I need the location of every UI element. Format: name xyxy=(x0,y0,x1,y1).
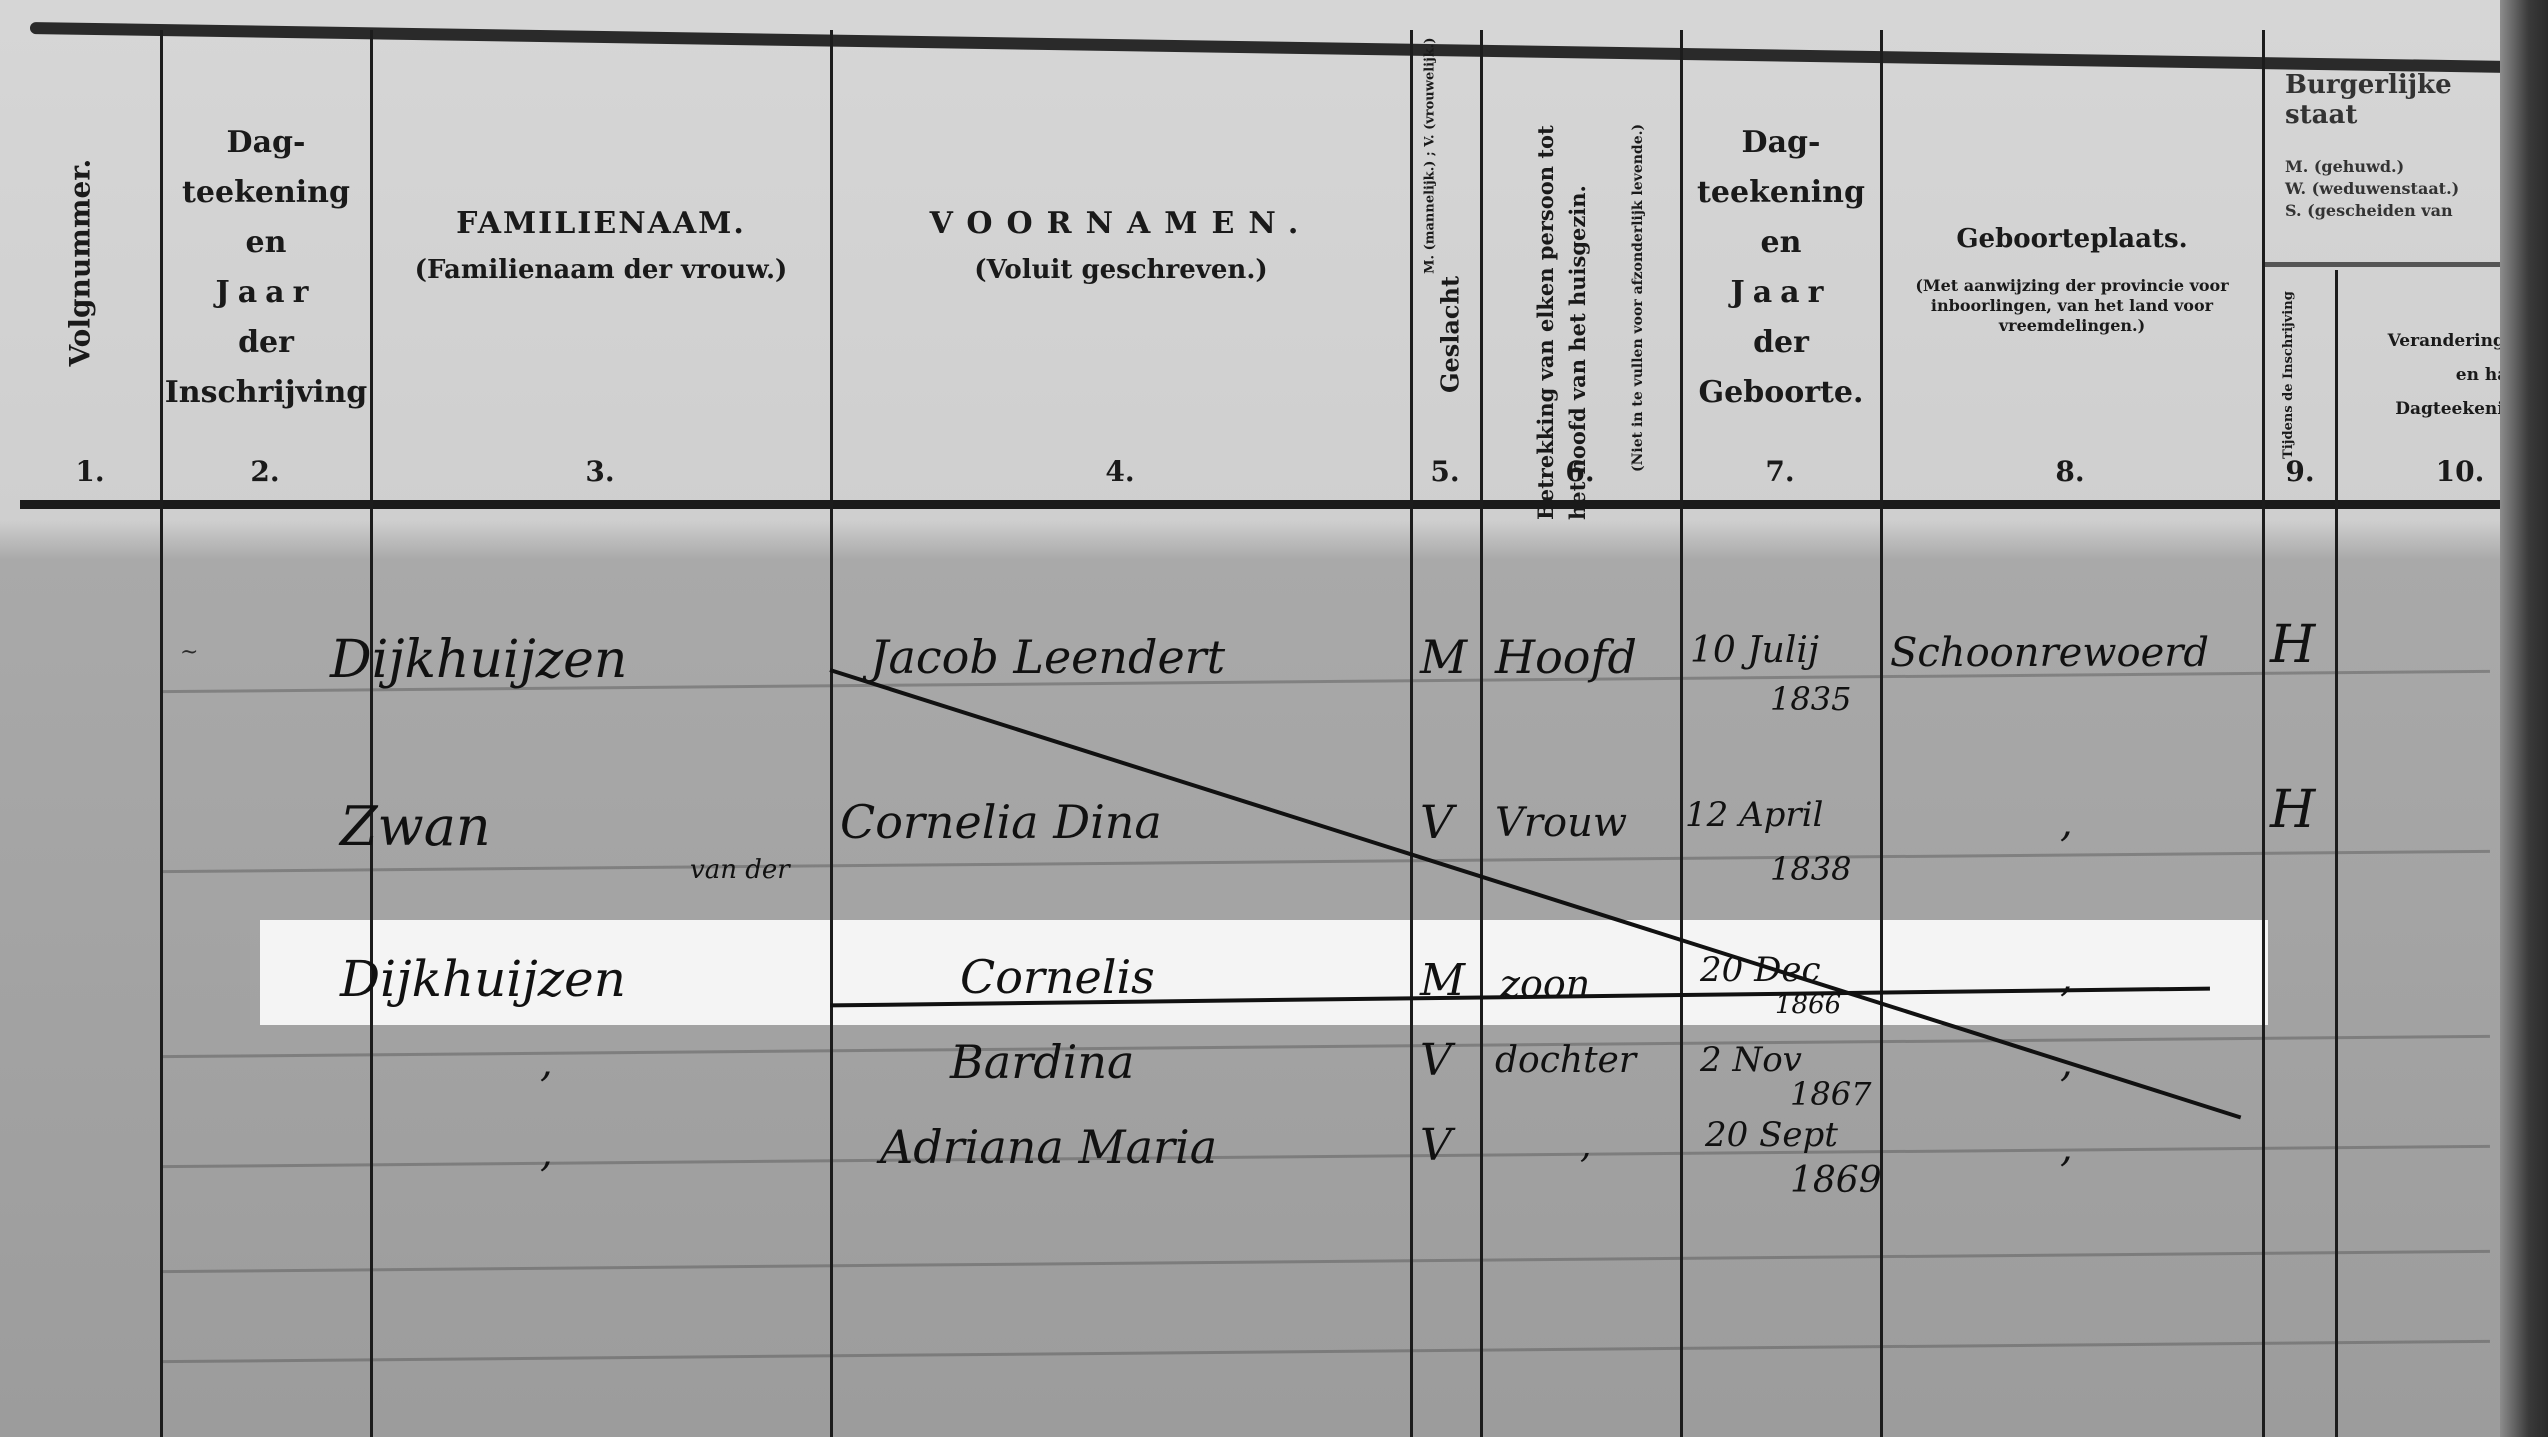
cell-geslacht: V xyxy=(1420,1120,1452,1171)
cell-geslacht: V xyxy=(1420,1035,1452,1086)
colnum-4: 4. xyxy=(1090,455,1150,488)
cell-voornamen: Adriana Maria xyxy=(880,1120,1217,1174)
ruled-line xyxy=(160,850,2490,873)
header-subtitle: (Familienaam der vrouw.) xyxy=(415,255,788,285)
ruled-line xyxy=(160,1250,2490,1273)
header-betrekking: Betrekking van elken persoon tot het hoo… xyxy=(1530,80,1630,520)
colnum-10: 10. xyxy=(2425,455,2495,488)
header-line: teekening xyxy=(1697,168,1865,218)
cell-voornamen: Bardina xyxy=(950,1035,1134,1089)
header-line: Inschrijving xyxy=(165,368,368,418)
register-page: Volgnummer. 1. Dag- teekening en Jaar de… xyxy=(0,0,2548,1437)
cell-burgerlijke-staat: H xyxy=(2270,615,2315,675)
cell-geboorte-jaar: 1867 xyxy=(1790,1075,1871,1113)
header-geslacht: Geslacht xyxy=(1436,185,1465,485)
cell-geboorteplaats: , xyxy=(2060,800,2073,846)
colnum-6: 6. xyxy=(1555,455,1605,488)
header-line: Jaar xyxy=(216,268,317,318)
legend-line: W. (weduwenstaat.) xyxy=(2285,178,2525,200)
row-mark: ~ xyxy=(180,640,198,665)
colnum-5: 5. xyxy=(1420,455,1470,488)
header-line: der xyxy=(238,318,294,368)
header-dagteekening-geboorte: Dag- teekening en Jaar der Geboorte. xyxy=(1682,40,1880,495)
cell-geboorte-jaar: 1835 xyxy=(1770,680,1851,718)
header-line: Jaar xyxy=(1731,268,1832,318)
header-dagteekening-inschrijving: Dag- teekening en Jaar der Inschrijving xyxy=(162,40,370,495)
colnum-9: 9. xyxy=(2275,455,2325,488)
header-tijdens-inschrijving: Tijdens de Inschrijving xyxy=(2280,285,2320,465)
cell-geboorte-jaar: 1838 xyxy=(1770,850,1851,888)
column-rule xyxy=(1410,30,1413,1437)
cell-geboorteplaats: Schoonrewoerd xyxy=(1890,630,2209,676)
header-title: Burgerlijke staat xyxy=(2285,70,2525,130)
subheader-rule xyxy=(2265,262,2525,267)
header-voornamen: VOORNAMEN. (Voluit geschreven.) xyxy=(832,120,1410,370)
cell-familienaam: Zwan xyxy=(340,795,491,858)
cell-geboorteplaats: , xyxy=(2060,955,2073,1001)
legend-line: S. (gescheiden van xyxy=(2285,200,2525,222)
top-rule xyxy=(30,22,2510,73)
header-line: der xyxy=(1753,318,1809,368)
header-subtitle: (Voluit geschreven.) xyxy=(974,255,1267,285)
cell-familienaam: , xyxy=(540,1040,553,1086)
header-betrekking-note: (Niet in te vullen voor afzonderlijk lev… xyxy=(1628,52,1672,472)
cell-geboorte-dag: 20 Sept xyxy=(1705,1115,1838,1155)
cell-voornamen: Jacob Leendert xyxy=(870,630,1225,684)
cell-familienaam-prefix: van der xyxy=(690,855,790,885)
book-binding-shadow xyxy=(2500,0,2548,1437)
header-familienaam: FAMILIENAAM. (Familienaam der vrouw.) xyxy=(372,120,830,370)
header-burgerlijke-staat: Burgerlijke staat M. (gehuwd.) W. (weduw… xyxy=(2285,70,2525,222)
cell-geslacht: M xyxy=(1420,630,1467,684)
ruled-line xyxy=(160,1340,2490,1363)
cell-familienaam: Dijkhuijzen xyxy=(340,950,626,1008)
ruled-line xyxy=(160,1145,2490,1168)
cell-betrekking: zoon xyxy=(1500,962,1590,1006)
cell-betrekking: dochter xyxy=(1495,1040,1636,1081)
cell-familienaam: Dijkhuijzen xyxy=(330,630,627,690)
header-line: Geboorte. xyxy=(1699,368,1864,418)
header-volgnummer: Volgnummer. xyxy=(64,167,97,367)
header-subtitle: (Met aanwijzing der provincie voor inboo… xyxy=(1882,276,2262,336)
cell-voornamen: Cornelis xyxy=(960,950,1155,1004)
colnum-7: 7. xyxy=(1755,455,1805,488)
column-rule xyxy=(1480,30,1483,1437)
cell-burgerlijke-staat: H xyxy=(2270,780,2315,840)
header-line: Dag- xyxy=(1742,118,1821,168)
cell-geboorteplaats: , xyxy=(2060,1125,2073,1171)
colnum-3: 3. xyxy=(570,455,630,488)
header-geslacht-note: M. (mannelijk.) ; V. (vrouwelijk.) xyxy=(1423,38,1438,398)
cell-geboorte-dag: 12 April xyxy=(1685,795,1823,835)
ruled-line xyxy=(160,1035,2490,1058)
header-line: en xyxy=(1761,218,1802,268)
column-rule xyxy=(2262,30,2265,1437)
cell-geslacht: V xyxy=(1420,795,1453,849)
cell-geboorte-jaar: 1869 xyxy=(1790,1160,1882,1201)
cell-voornamen: Cornelia Dina xyxy=(840,795,1162,849)
cell-familienaam: , xyxy=(540,1130,553,1176)
cell-betrekking: Vrouw xyxy=(1495,800,1627,846)
cell-betrekking: Hoofd xyxy=(1495,630,1637,684)
colnum-8: 8. xyxy=(2045,455,2095,488)
header-title: Geboorteplaats. xyxy=(1956,224,2187,254)
header-title: VOORNAMEN. xyxy=(930,206,1313,241)
colnum-1: 1. xyxy=(60,455,120,488)
cell-geboorte-dag: 10 Julij xyxy=(1690,630,1819,671)
header-line: Dag- xyxy=(227,118,306,168)
header-title: FAMILIENAAM. xyxy=(456,206,746,241)
header-geboorteplaats: Geboorteplaats. (Met aanwijzing der prov… xyxy=(1882,180,2262,380)
cell-betrekking: , xyxy=(1580,1125,1591,1166)
cell-geboorte-dag: 20 Dec xyxy=(1700,950,1821,990)
header-line: teekening xyxy=(182,168,350,218)
legend-line: M. (gehuwd.) xyxy=(2285,156,2525,178)
header-bottom-rule xyxy=(20,500,2520,509)
cell-geboorte-dag: 2 Nov xyxy=(1700,1040,1802,1080)
header-line: en xyxy=(246,218,287,268)
colnum-2: 2. xyxy=(235,455,295,488)
